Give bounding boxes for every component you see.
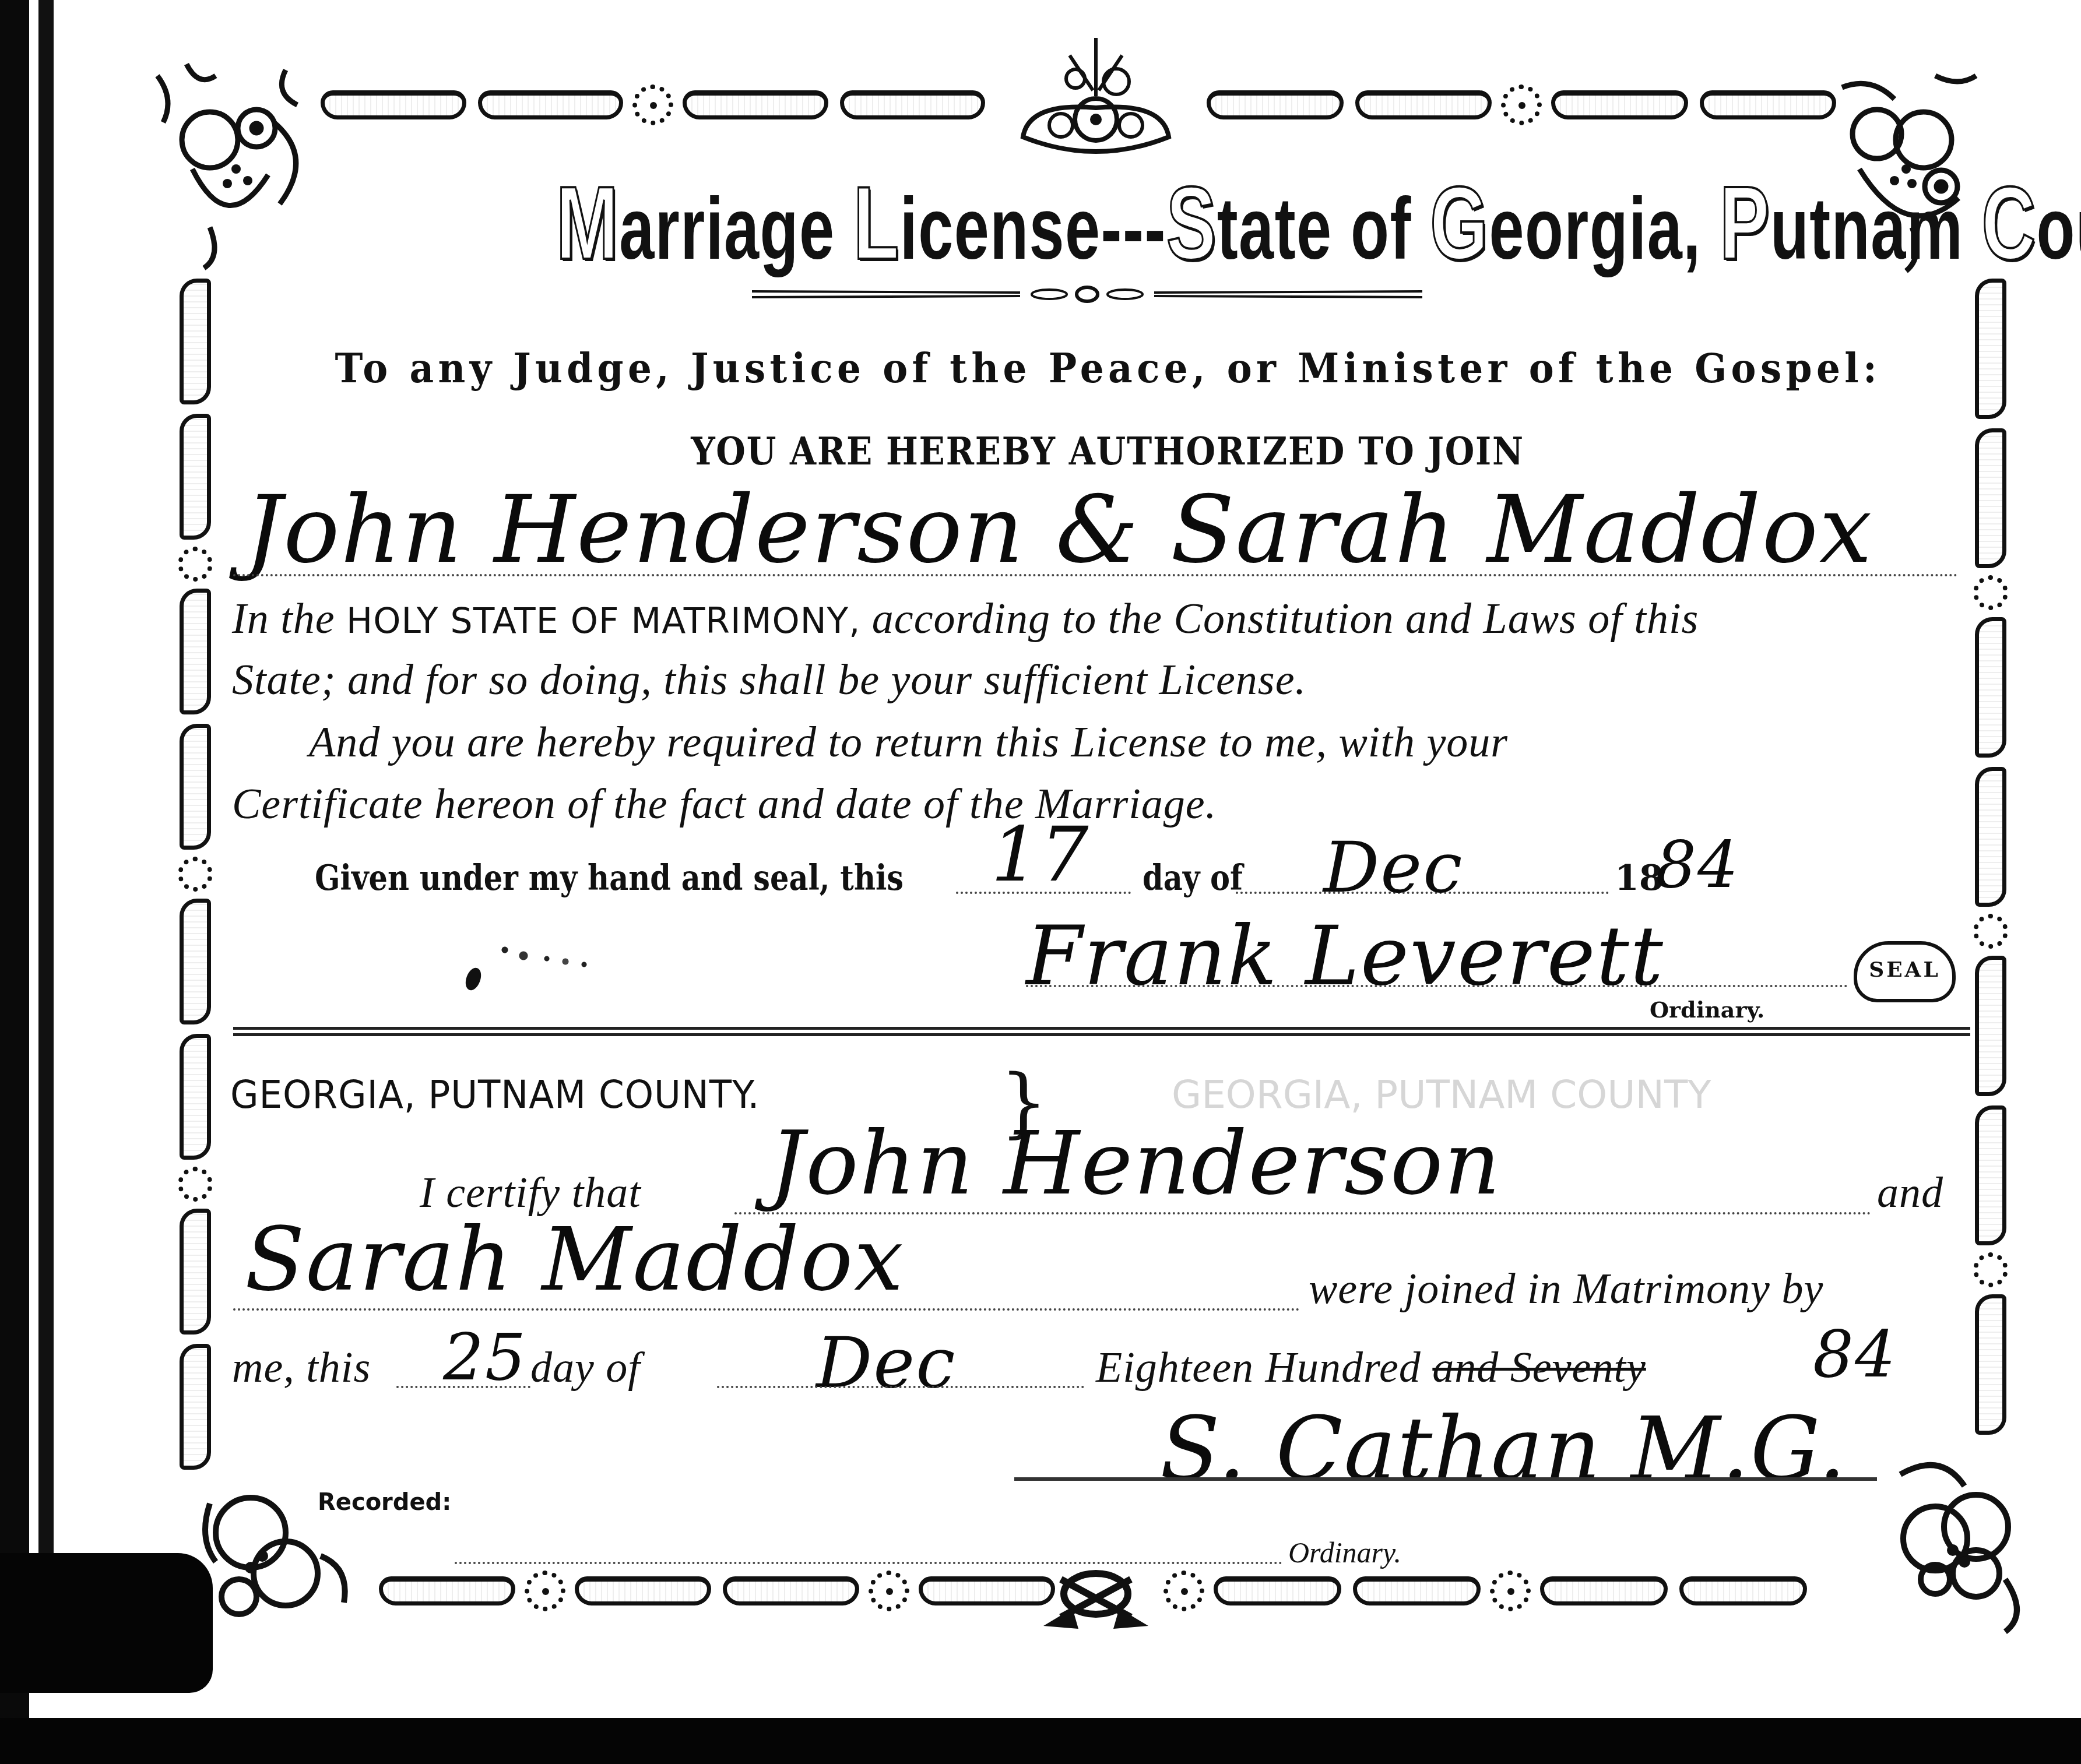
text: HOLY STATE OF MATRIMONY, bbox=[346, 601, 860, 642]
ribbon-icon bbox=[321, 90, 466, 119]
ribbon-icon bbox=[180, 1034, 211, 1160]
minister-signature: S. Cathan M.G. bbox=[1160, 1399, 1847, 1500]
seal-label: SEAL bbox=[1857, 957, 1952, 982]
groom-line bbox=[734, 1212, 1871, 1214]
title-divider-icon bbox=[752, 286, 1422, 303]
ribbon-icon bbox=[919, 1576, 1055, 1605]
flower-icon bbox=[178, 1167, 213, 1202]
day-of-label: day of bbox=[530, 1343, 641, 1393]
ribbon-icon bbox=[723, 1576, 859, 1605]
me-this-label: me, this bbox=[232, 1343, 371, 1393]
ribbon-icon bbox=[1551, 90, 1688, 119]
title-text: ounty. bbox=[2037, 179, 2081, 277]
section-divider bbox=[233, 1027, 1970, 1036]
given-day-line bbox=[956, 892, 1131, 894]
certificate-heading: GEORGIA, PUTNAM COUNTY. bbox=[230, 1072, 760, 1117]
flower-icon bbox=[1490, 1571, 1531, 1611]
title-initial: L bbox=[853, 165, 900, 281]
year-printed-label: Eighteen Hundred and Seventy bbox=[1096, 1343, 1646, 1393]
title-initial: P bbox=[1720, 165, 1770, 281]
flower-icon bbox=[178, 857, 213, 892]
title-text: icense--- bbox=[900, 179, 1166, 277]
handwritten-year: 84 bbox=[1813, 1317, 1897, 1392]
and-label: and bbox=[1877, 1168, 1943, 1218]
text: In the bbox=[232, 595, 346, 643]
ribbon-icon bbox=[1975, 617, 2006, 758]
title-initial: M bbox=[556, 165, 619, 281]
left-border bbox=[175, 274, 216, 1474]
married-day-line bbox=[396, 1386, 530, 1388]
text: according to the Constitution and Laws o… bbox=[860, 595, 1699, 643]
seal-box: SEAL bbox=[1854, 941, 1956, 1002]
title-initial: G bbox=[1430, 165, 1489, 281]
ribbon-icon bbox=[180, 1209, 211, 1335]
handwritten-married-month: Dec bbox=[816, 1323, 956, 1404]
scan-edge-left bbox=[0, 0, 29, 1764]
recorded-label: Recorded: bbox=[318, 1489, 451, 1516]
document-title: Marriage License---State of Georgia, Put… bbox=[556, 163, 1647, 283]
ribbon-icon bbox=[1353, 1576, 1481, 1605]
bottom-center-knot-icon bbox=[1038, 1568, 1154, 1632]
ribbon-icon bbox=[683, 90, 828, 119]
right-border bbox=[1970, 274, 2011, 1439]
bleed-through-text: GEORGIA, PUTNAM COUNTY bbox=[1172, 1072, 1711, 1117]
ribbon-icon bbox=[1975, 1105, 2006, 1246]
bride-line bbox=[233, 1308, 1300, 1311]
bottom-border-right bbox=[1160, 1573, 1813, 1608]
ribbon-icon bbox=[180, 899, 211, 1024]
addressee-line: To any Judge, Justice of the Peace, or M… bbox=[335, 344, 1868, 392]
scan-edge-left-inner bbox=[38, 0, 54, 1626]
ribbon-icon bbox=[180, 279, 211, 404]
ribbon-icon bbox=[1540, 1576, 1668, 1605]
corner-fruit-bouquet-icon bbox=[1865, 1439, 2040, 1661]
top-border-left bbox=[315, 87, 991, 122]
ordinary-signature: Frank Leverett bbox=[1026, 909, 1664, 1004]
ribbon-icon bbox=[575, 1576, 711, 1605]
flower-icon bbox=[1501, 84, 1542, 125]
authorization-heading: YOU ARE HEREBY AUTHORIZED TO JOIN bbox=[605, 428, 1611, 474]
day-of-label: day of bbox=[1143, 858, 1243, 899]
title-initial: C bbox=[1982, 165, 2037, 281]
text: Eighteen Hundred bbox=[1096, 1344, 1421, 1392]
married-month-line bbox=[717, 1386, 1084, 1388]
handwritten-married-day: 25 bbox=[443, 1320, 527, 1395]
ink-spatter bbox=[495, 941, 589, 970]
handwritten-given-day: 17 bbox=[991, 810, 1089, 899]
ribbon-icon bbox=[1975, 279, 2006, 419]
scan-edge-bottom bbox=[0, 1718, 2081, 1764]
corner-fruit-bouquet-icon bbox=[140, 52, 315, 274]
ribbon-icon bbox=[478, 90, 624, 119]
bottom-ordinary-label: Ordinary. bbox=[1288, 1536, 1401, 1569]
ribbon-icon bbox=[1975, 428, 2006, 569]
ribbon-icon bbox=[180, 589, 211, 714]
title-text: tate of bbox=[1217, 179, 1430, 277]
flower-icon bbox=[1973, 914, 2008, 949]
given-under-label: Given under my hand and seal, this bbox=[315, 858, 904, 899]
ribbon-icon bbox=[840, 90, 986, 119]
handwritten-given-year: 84 bbox=[1655, 828, 1739, 902]
ribbon-icon bbox=[180, 414, 211, 540]
recorded-ordinary-line bbox=[455, 1562, 1282, 1564]
handwritten-groom: John Henderson bbox=[769, 1113, 1502, 1214]
ordinary-label: Ordinary. bbox=[1650, 997, 1764, 1023]
ribbon-icon bbox=[180, 1344, 211, 1470]
ribbon-icon bbox=[1975, 1294, 2006, 1435]
flower-icon bbox=[1973, 575, 2008, 610]
bottom-border-left bbox=[373, 1573, 1061, 1608]
flower-icon bbox=[178, 547, 213, 582]
ribbon-icon bbox=[1975, 956, 2006, 1096]
license-text-line-2: State; and for so doing, this shall be y… bbox=[232, 656, 1306, 705]
scan-edge-tab bbox=[0, 1553, 213, 1693]
top-center-bouquet-icon bbox=[1011, 32, 1180, 166]
ribbon-icon bbox=[1975, 767, 2006, 907]
names-dotted-line bbox=[233, 574, 1959, 576]
license-text-line-3: And you are hereby required to return th… bbox=[309, 718, 1508, 767]
flower-icon bbox=[1163, 1571, 1204, 1611]
title-text: eorgia, bbox=[1489, 179, 1720, 277]
ribbon-icon bbox=[1214, 1576, 1341, 1605]
ribbon-icon bbox=[379, 1576, 515, 1605]
ribbon-icon bbox=[1679, 1576, 1807, 1605]
ordinary-signature-line bbox=[1026, 985, 1848, 987]
flower-icon bbox=[525, 1571, 565, 1611]
ribbon-icon bbox=[1355, 90, 1492, 119]
struck-text: and Seventy bbox=[1432, 1344, 1646, 1392]
ink-blot bbox=[463, 966, 484, 992]
title-text: utnam bbox=[1770, 179, 1982, 277]
flower-icon bbox=[869, 1571, 909, 1611]
minister-signature-line bbox=[1014, 1477, 1877, 1481]
handwritten-given-month: Dec bbox=[1323, 828, 1463, 909]
title-text: arriage bbox=[619, 179, 853, 277]
handwritten-bride: Sarah Maddox bbox=[245, 1209, 905, 1311]
title-initial: S bbox=[1166, 165, 1217, 281]
ribbon-icon bbox=[1700, 90, 1837, 119]
flower-icon bbox=[632, 84, 673, 125]
flower-icon bbox=[1973, 1252, 2008, 1287]
joined-label: were joined in Matrimony by bbox=[1309, 1265, 1823, 1314]
ribbon-icon bbox=[180, 724, 211, 850]
top-border-right bbox=[1201, 87, 1842, 122]
handwritten-couple-names: John Henderson & Sarah Maddox bbox=[245, 475, 1873, 584]
license-text-line-1: In the HOLY STATE OF MATRIMONY, accordin… bbox=[232, 594, 1699, 644]
ribbon-icon bbox=[1207, 90, 1344, 119]
